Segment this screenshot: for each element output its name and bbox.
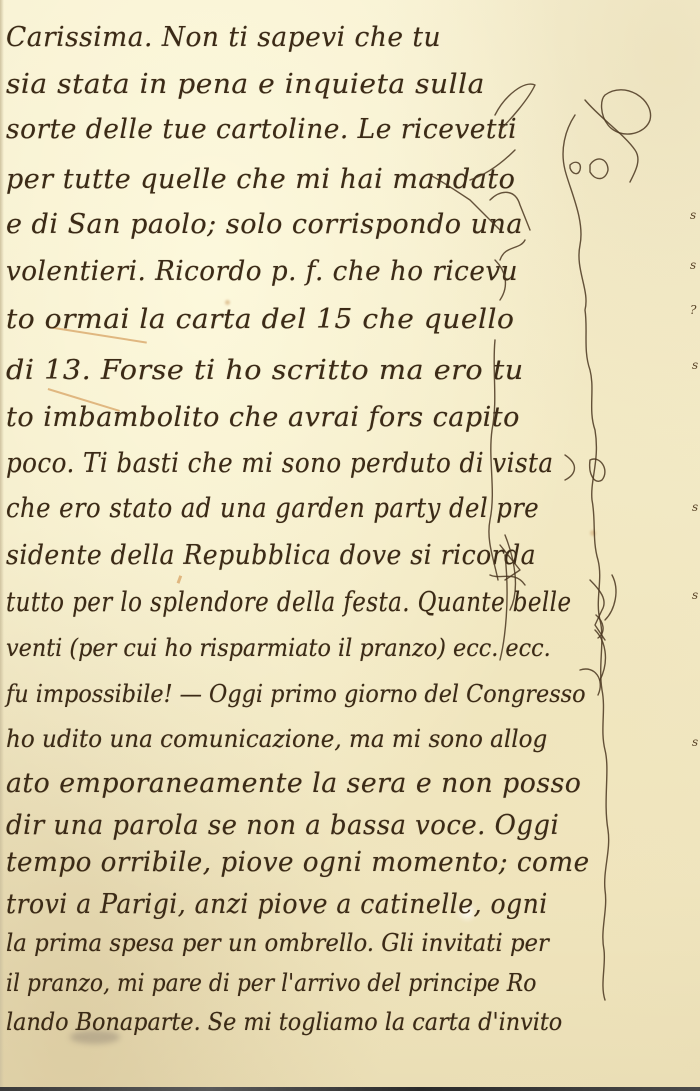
letter-line-18: dir una parola se non a bassa voce. Oggi <box>6 810 559 841</box>
letter-line-8: di 13. Forse ti ho scritto ma ero tu <box>6 355 524 386</box>
margin-mark: s <box>690 258 696 272</box>
letter-line-21: la prima spesa per un ombrello. Gli invi… <box>6 929 549 957</box>
letter-line-7: to ormai la carta del 15 che quello <box>6 304 514 335</box>
letter-line-13: tutto per lo splendore della festa. Quan… <box>6 587 571 618</box>
letter-line-12: sidente della Repubblica dove si ricorda <box>6 540 536 571</box>
letter-line-11: che ero stato ad una garden party del pr… <box>6 493 539 524</box>
letter-line-17: ato emporaneamente la sera e non posso <box>6 768 581 799</box>
letter-page: Carissima. Non ti sapevi che tu sia stat… <box>0 0 700 1091</box>
margin-mark: s <box>690 208 696 222</box>
letter-line-14: venti (per cui ho risparmiato il pranzo)… <box>6 634 551 662</box>
margin-mark: s <box>692 500 698 514</box>
letter-line-10: poco. Ti basti che mi sono perduto di vi… <box>6 448 553 479</box>
margin-mark: s <box>692 588 698 602</box>
pencil-mark <box>177 575 183 584</box>
letter-line-5: e di San paolo; solo corrispondo una <box>6 209 523 240</box>
letter-line-4: per tutte quelle che mi hai mandato <box>6 164 515 195</box>
letter-line-15: fu impossibile! — Oggi primo giorno del … <box>6 680 586 708</box>
letter-line-16: ho udito una comunicazione, ma mi sono a… <box>6 725 547 753</box>
letter-line-6: volentieri. Ricordo p. f. che ho ricevu <box>6 256 518 287</box>
letter-line-23: lando Bonaparte. Se mi togliamo la carta… <box>6 1008 562 1036</box>
letter-line-22: il pranzo, mi pare di per l'arrivo del p… <box>6 969 536 997</box>
letter-line-1: Carissima. Non ti sapevi che tu <box>6 22 441 53</box>
paper-stain <box>590 530 596 536</box>
letter-line-20: trovi a Parigi, anzi piove a catinelle, … <box>6 889 548 920</box>
paper-left-edge <box>0 0 4 1091</box>
letter-line-3: sorte delle tue cartoline. Le ricevetti <box>6 114 517 145</box>
margin-mark: s <box>692 735 698 749</box>
letter-line-19: tempo orribile, piove ogni momento; come <box>6 847 590 878</box>
scan-bottom-edge <box>0 1087 700 1091</box>
letter-line-2: sia stata in pena e inquieta sulla <box>6 69 485 100</box>
letter-line-9: to imbambolito che avrai fors capito <box>6 402 520 433</box>
margin-mark: ? <box>690 303 696 317</box>
margin-mark: s <box>692 358 698 372</box>
